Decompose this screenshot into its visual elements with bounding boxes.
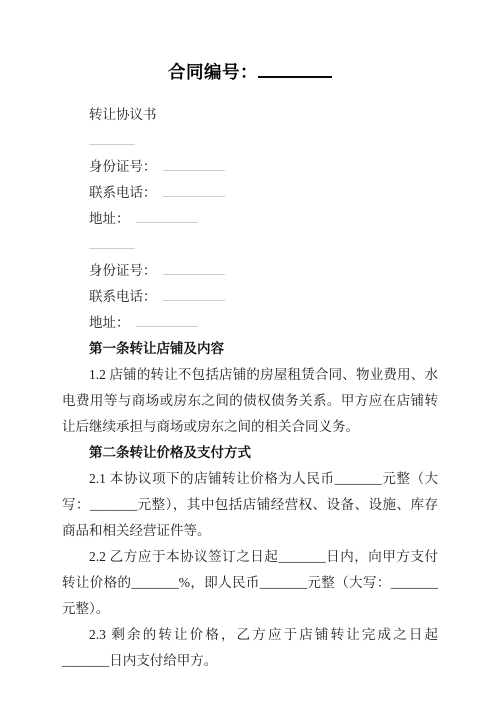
party1-id-line: 身份证号： <box>62 154 438 180</box>
party1-name-line <box>62 128 438 154</box>
party2-address-label: 地址： <box>89 315 130 330</box>
party2-id-label: 身份证号： <box>89 263 157 278</box>
party1-id-label: 身份证号： <box>89 159 157 174</box>
contract-document-page: 合同编号： 转让协议书 身份证号： 联系电话： 地址： 身份证号： 联系电话： … <box>0 0 500 707</box>
contract-number-blank-line <box>258 59 332 79</box>
party2-address-line: 地址： <box>62 310 438 336</box>
party2-address-blank-line <box>136 313 198 328</box>
party1-address-label: 地址： <box>89 211 130 226</box>
section1-paragraph-1-2: 1.2 店铺的转让不包括店铺的房屋租赁合同、物业费用、水电费用等与商场或房东之间… <box>62 362 438 440</box>
party1-phone-blank-line <box>163 183 225 198</box>
party2-name-blank-line <box>89 235 135 250</box>
doc-subtitle: 转让协议书 <box>62 102 438 128</box>
section2-paragraph-2-1: 2.1 本协议项下的店铺转让价格为人民币_______元整（大写：_______… <box>62 466 438 544</box>
party1-id-blank-line <box>163 157 225 172</box>
section2-heading: 第二条转让价格及支付方式 <box>62 440 438 466</box>
party2-name-line <box>62 232 438 258</box>
party1-phone-label: 联系电话： <box>89 185 157 200</box>
contract-number-label: 合同编号： <box>168 62 258 82</box>
section1-heading: 第一条转让店铺及内容 <box>62 336 438 362</box>
party2-id-line: 身份证号： <box>62 258 438 284</box>
party2-id-blank-line <box>163 261 225 276</box>
party1-name-blank-line <box>89 131 135 146</box>
party1-address-blank-line <box>136 209 198 224</box>
party1-phone-line: 联系电话： <box>62 180 438 206</box>
party2-phone-label: 联系电话： <box>89 289 157 304</box>
party2-phone-line: 联系电话： <box>62 284 438 310</box>
party1-address-line: 地址： <box>62 206 438 232</box>
party2-phone-blank-line <box>163 287 225 302</box>
contract-number-title: 合同编号： <box>62 58 438 86</box>
contract-body: 转让协议书 身份证号： 联系电话： 地址： 身份证号： 联系电话： 地址： 第一… <box>62 102 438 674</box>
section2-paragraph-2-3: 2.3 剩余的转让价格，乙方应于店铺转让完成之日起_______日内支付给甲方。 <box>62 622 438 674</box>
section2-paragraph-2-2: 2.2 乙方应于本协议签订之日起_______日内，向甲方支付转让价格的____… <box>62 544 438 622</box>
